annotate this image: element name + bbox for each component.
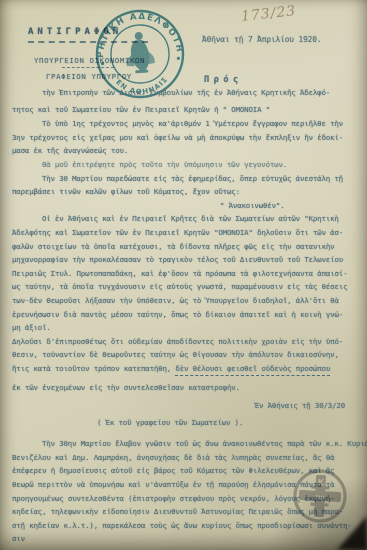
text-line: φαλῶν στοιχείων τὰ ὁποῖα κατέχουσι, τὰ δ…: [12, 240, 359, 254]
document-page: ΑΝΤΙΓΡΑΦΟΝ 173/23 Ἀθῆναι τῇ 7 Ἀπριλίου 1…: [0, 0, 367, 550]
text-line: ἐρευνήσωσιν διὰ παντὸς μέσου ταύτην, ὅπω…: [12, 308, 359, 322]
text-line: σιν: [12, 532, 359, 546]
handwritten-archive-number: 173/23: [240, 3, 297, 25]
text-line: ως ταύτην, τὰ ὁποῖα τυγχάνουσιν εἰς αὐτο…: [12, 280, 359, 294]
text-line: θεσιν, τοὐναντίον δὲ θεωροῦντες ταύτην ὡ…: [12, 348, 359, 362]
text-line: ( Ἐκ τοῦ γραφείου τῶν Σωματείων ).: [12, 416, 359, 430]
svg-text:ΠΡ: ΠΡ: [315, 495, 325, 503]
text-line: " Ἀνακοινωθέν".: [12, 199, 359, 213]
text-line: Πειραιῶς Στυλ. Πρωτοπαπαδάκη, καὶ ἐφ'ὅσο…: [12, 267, 359, 281]
text-line: Τὴν 30ην Μαρτίου ἔλαβον γνῶσιν τοῦ ὡς ἄν…: [12, 437, 359, 451]
text-line: ἐκ τῶν ἐνεχομένων εἰς τὴν συντελεσθεῖσαν…: [12, 381, 359, 395]
text-line: ἥτις κατὰ τοιοῦτον τρόπον κατεπατήθη, δὲ…: [12, 362, 359, 376]
text-line: 3ην τρέχοντος εἰς χεῖρας μου καὶ ὀφείλω …: [12, 131, 359, 145]
text-line: Τὴν 30 Μαρτίου παρεδώσατε εἰς τὰς ἐφημερ…: [12, 172, 359, 186]
text-line: μασα ἐκ τῆς ἀναγνώσεώς του.: [12, 144, 359, 158]
text-line: Ἐν Ἀθήναις τῇ 30/3/20: [12, 399, 359, 413]
stamp-emblem-figure-icon: [124, 31, 155, 74]
text-line: Βενιζέλου καὶ Δημ. Λαμπράκη, ἀνησυχήσας …: [12, 451, 359, 465]
text-line: τητος καὶ τοῦ Σωματείου τῶν ἐν Πειραιεῖ …: [12, 103, 359, 117]
text-line: Τὸ ὑπὸ 1ης τρέχοντος μηνὸς κα'ἀριθμόν 1 …: [12, 117, 359, 131]
salutation: Πρός: [204, 75, 243, 85]
text-line: Οἱ ἐν Ἀθήναις καὶ ἐν Πειραιεῖ Κρῆτες διὰ…: [12, 212, 359, 226]
embossed-seal-icon: K ΠΡ: [289, 465, 350, 528]
text-line: τὴν Ἐπιτροπὴν τῶν Διοικ. Συμβουλίων τῆς …: [12, 86, 359, 100]
text-line: των·δὲν θεωροῦσι λήξασαν τὴν ὑπόθεσιν, ὡ…: [12, 294, 359, 308]
text-line: μη ἀξιοῖ.: [12, 321, 359, 335]
date-line: Ἀθῆναι τῇ 7 Ἀπριλίου 1920.: [202, 35, 321, 44]
text-line: Ἀδελφότης καὶ Σωματεῖον τῶν ἐν Πειραιεῖ …: [12, 226, 359, 240]
text-line: Θὰ μοῦ ἐπιτρέψητε πρὸς τοῦτο τὴν ὑπόμνησ…: [12, 158, 359, 172]
text-line: Δηλοῦσι δ'ἐπιπροσθέτως ὅτι οὐδεμίαν ἀποδ…: [12, 335, 359, 349]
text-line: παρεμβάσει τινῶν καλῶν φίλων τοῦ Κόματος…: [12, 185, 359, 199]
text-line: μηχανορραφίαν τὴν προκαλέσασαν τὸ τραγικ…: [12, 253, 359, 267]
